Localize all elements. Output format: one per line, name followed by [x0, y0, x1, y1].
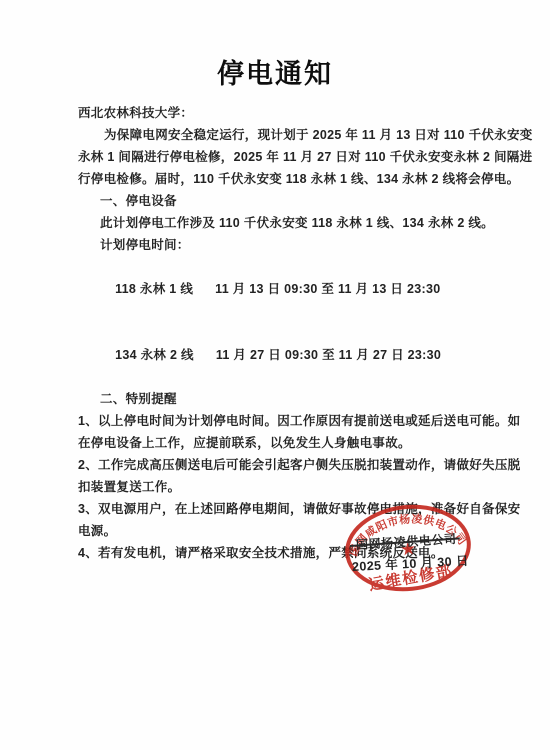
notice-item-1: 1、以上停电时间为计划停电时间。因工作原因有提前送电或延后送电可能。如 在停电设…	[78, 410, 472, 454]
notice-item-line: 2、工作完成高压侧送电后可能会引起客户侧失压脱扣装置动作，请做好失压脱	[78, 454, 472, 476]
intro-line: 永林 1 间隔进行停电检修，2025 年 11 月 27 日对 110 千伏永安…	[78, 146, 472, 168]
line-name: 118 永林 1 线	[115, 282, 193, 296]
intro-line: 为保障电网安全稳定运行，现计划于 2025 年 11 月 13 日对 110 千…	[78, 124, 472, 146]
schedule-row: 134 永林 2 线11 月 27 日 09:30 至 11 月 27 日 23…	[78, 322, 472, 388]
line-name: 134 永林 2 线	[115, 348, 194, 362]
document-page: 停电通知 西北农林科技大学： 为保障电网安全稳定运行，现计划于 2025 年 1…	[0, 0, 550, 750]
salutation-line: 西北农林科技大学：	[78, 102, 472, 124]
time-range: 11 月 27 日 09:30 至 11 月 27 日 23:30	[216, 348, 441, 362]
notice-title: 停电通知	[78, 56, 472, 92]
intro-line: 行停电检修。届时，110 千伏永安变 118 永林 1 线、134 永林 2 线…	[78, 168, 472, 190]
section1-scope-line: 此计划停电工作涉及 110 千伏永安变 118 永林 1 线、134 永林 2 …	[78, 212, 472, 234]
notice-item-line: 在停电设备上工作，应提前联系，以免发生人身触电事故。	[78, 432, 472, 454]
notice-item-line: 1、以上停电时间为计划停电时间。因工作原因有提前送电或延后送电可能。如	[78, 410, 472, 432]
schedule-row: 118 永林 1 线11 月 13 日 09:30 至 11 月 13 日 23…	[78, 256, 472, 322]
intro-paragraph: 为保障电网安全稳定运行，现计划于 2025 年 11 月 13 日对 110 千…	[78, 124, 472, 190]
time-range: 11 月 13 日 09:30 至 11 月 13 日 23:30	[215, 282, 440, 296]
section1-heading: 一、停电设备	[78, 190, 472, 212]
schedule-label: 计划停电时间：	[78, 234, 472, 256]
notice-item-2: 2、工作完成高压侧送电后可能会引起客户侧失压脱扣装置动作，请做好失压脱 扣装置复…	[78, 454, 472, 498]
section2-heading: 二、特别提醒	[78, 388, 472, 410]
notice-item-line: 扣装置复送工作。	[78, 476, 472, 498]
